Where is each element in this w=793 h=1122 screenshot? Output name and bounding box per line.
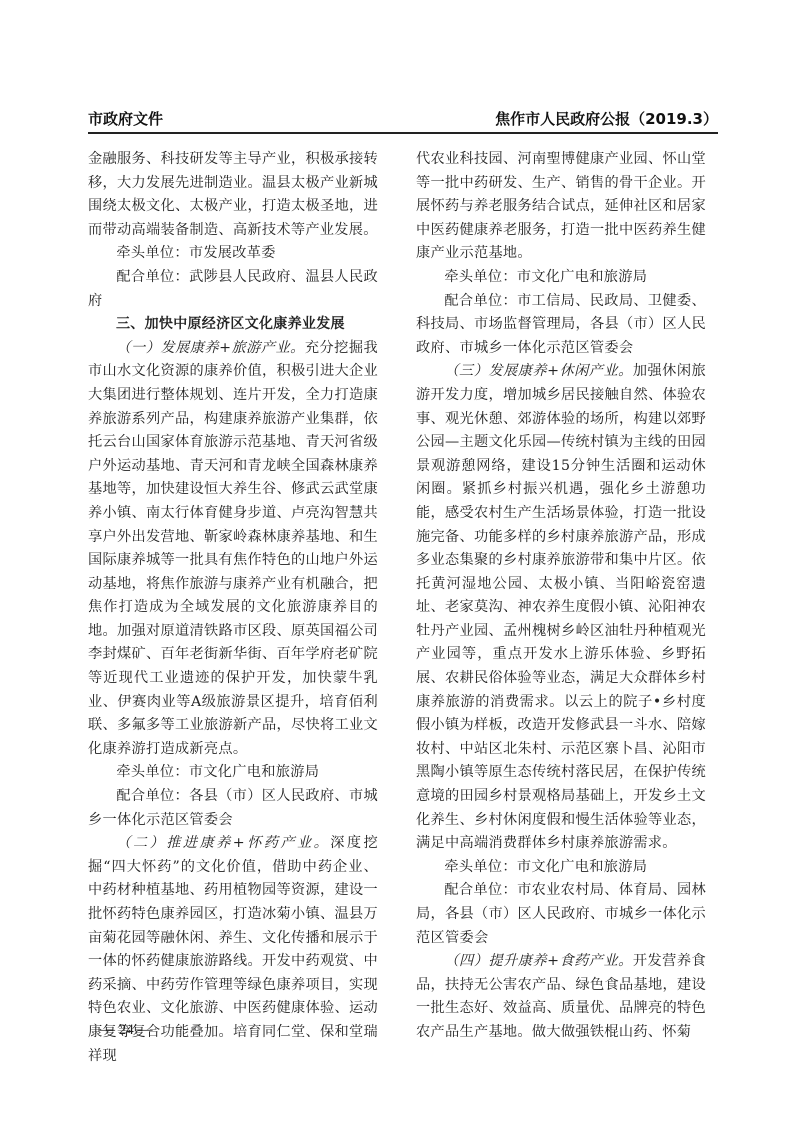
cooperating-units: 配合单位：各县（市）区人民政府、市城乡一体化示范区管委会 — [88, 785, 378, 832]
subsection-title: （四）提升康养+食药产业。 — [444, 953, 632, 969]
cooperating-units: 配合单位：市农业农村局、体育局、园林局，各县（市）区人民政府、市城乡一体化示范区… — [416, 879, 706, 950]
subsection-body: 充分挖掘我市山水文化资源的康养价值，积极引进大企业大集团进行整体规划、连片开发，… — [88, 340, 378, 757]
page-number: — 24 — — [100, 1022, 153, 1039]
section-label: 市政府文件 — [88, 108, 163, 129]
lead-unit: 牵头单位：市文化广电和旅游局 — [88, 761, 378, 785]
subsection-4: （四）提升康养+食药产业。开发营养食品，扶持无公害农产品、绿色食品基地，建设一批… — [416, 950, 706, 1044]
subsection-1: （一）发展康养+旅游产业。充分挖掘我市山水文化资源的康养价值，积极引进大企业大集… — [88, 337, 378, 762]
section-heading: 三、加快中原经济区文化康养业发展 — [88, 313, 378, 337]
right-column: 代农业科技园、河南聖博健康产业园、怀山堂等一批中药研发、生产、销售的骨干企业。开… — [416, 148, 706, 1045]
left-column: 金融服务、科技研发等主导产业，积极承接转移，大力发展先进制造业。温县太极产业新城… — [88, 148, 378, 1068]
subsection-title: （一）发展康养+旅游产业。 — [116, 340, 304, 356]
subsection-body: 加强休闲旅游开发力度，增加城乡居民接触自然、体验农事、观光休憩、郊游体验的场所，… — [416, 363, 706, 851]
running-header: 市政府文件 焦作市人民政府公报（2019.3） — [88, 108, 718, 132]
subsection-title: （三）发展康养+休闲产业。 — [444, 363, 632, 379]
paragraph: 代农业科技园、河南聖博健康产业园、怀山堂等一批中药研发、生产、销售的骨干企业。开… — [416, 148, 706, 266]
lead-unit: 牵头单位：市发展改革委 — [88, 242, 378, 266]
paragraph: 金融服务、科技研发等主导产业，积极承接转移，大力发展先进制造业。温县太极产业新城… — [88, 148, 378, 242]
lead-unit: 牵头单位：市文化广电和旅游局 — [416, 856, 706, 880]
subsection-3: （三）发展康养+休闲产业。加强休闲旅游开发力度，增加城乡居民接触自然、体验农事、… — [416, 360, 706, 855]
subsection-title: （二）推进康养+怀药产业。 — [116, 835, 330, 851]
header-rule — [88, 132, 718, 134]
lead-unit: 牵头单位：市文化广电和旅游局 — [416, 266, 706, 290]
publication-title: 焦作市人民政府公报（2019.3） — [495, 108, 718, 129]
cooperating-units: 配合单位：武陟县人民政府、温县人民政府 — [88, 266, 378, 313]
cooperating-units: 配合单位：市工信局、民政局、卫健委、科技局、市场监督管理局，各县（市）区人民政府… — [416, 290, 706, 361]
